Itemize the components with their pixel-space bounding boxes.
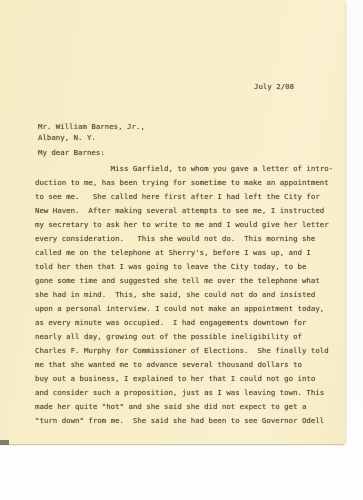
body-line: upon a personal interview. I could not m…: [35, 302, 340, 316]
body-line: to see me. She called here first after I…: [35, 190, 340, 204]
recipient-name: Mr. William Barnes, Jr.,: [38, 121, 145, 132]
body-line: New Haven. After making several attempts…: [35, 204, 340, 218]
body-line: me that she wanted me to advance several…: [35, 358, 340, 372]
salutation: My dear Barnes:: [38, 146, 105, 160]
body-line: "turn down" from me. She said she had be…: [35, 414, 340, 428]
letter-page: July 2/08 Mr. William Barnes, Jr., Alban…: [0, 0, 345, 444]
body-line: as every minute was occupied. I had enga…: [35, 316, 340, 330]
body-line: and consider such a proposition, just as…: [35, 386, 340, 400]
body-line: duction to me, has been trying for somet…: [35, 176, 340, 190]
body-line: every consideration. This she would not …: [35, 232, 340, 246]
letter-body: Miss Garfield, to whom you gave a letter…: [35, 162, 340, 428]
scan-background: July 2/08 Mr. William Barnes, Jr., Alban…: [0, 0, 363, 500]
body-line: Charles F. Murphy for Commissioner of El…: [35, 344, 340, 358]
body-line: buy out a business, I explained to her t…: [35, 372, 340, 386]
letter-date: July 2/08: [254, 80, 294, 94]
recipient-city: Albany, N. Y.: [38, 132, 96, 143]
body-line: gone some time and suggested she tell me…: [35, 274, 340, 288]
body-line: nearly all day, growing out of the possi…: [35, 330, 340, 344]
scan-artifact: [0, 440, 9, 445]
body-line: my secretary to ask her to write to me a…: [35, 218, 340, 232]
body-line: she had in mind. This, she said, she cou…: [35, 288, 340, 302]
body-line: called me on the telephone at Sherry's, …: [35, 246, 340, 260]
body-line: told her then that I was going to leave …: [35, 260, 340, 274]
body-line: Miss Garfield, to whom you gave a letter…: [35, 162, 340, 176]
body-line: made her quite "hot" and she said she di…: [35, 400, 340, 414]
